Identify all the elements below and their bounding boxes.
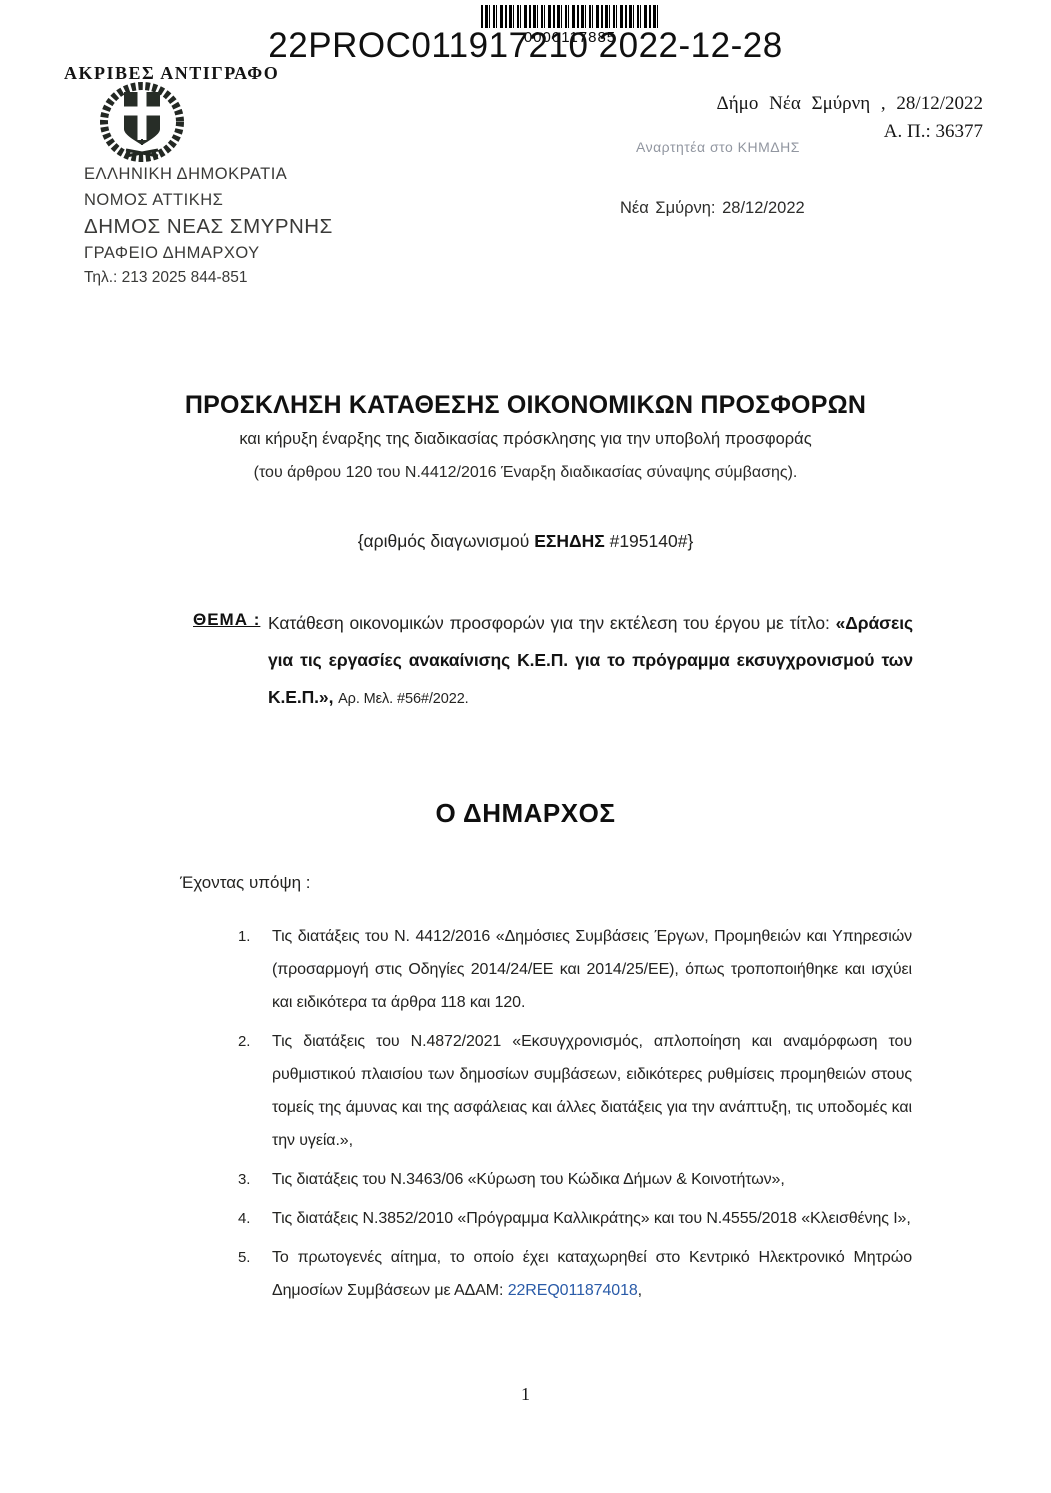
- subject-text: Κατάθεση οικονομικών προσφορών για την ε…: [268, 605, 913, 718]
- kimdis-posting-note: Αναρτητέα στο ΚΗΜΔΗΣ: [636, 139, 800, 155]
- list-item-text: Τις διατάξεις του Ν.4872/2021 «Εκσυγχρον…: [272, 1033, 912, 1149]
- tender-number-line: {αριθμός διαγωνισμού ΕΣΗΔΗΣ #195140#}: [0, 531, 1051, 552]
- mayor-heading: Ο ΔΗΜΑΡΧΟΣ: [0, 798, 1051, 829]
- legal-basis-list: 1. Τις διατάξεις του Ν. 4412/2016 «Δημόσ…: [238, 920, 912, 1313]
- list-item-number: 5.: [238, 1241, 266, 1274]
- having-regard-line: Έχοντας υπόψη :: [180, 873, 310, 893]
- document-page: 0000117885 22PROC011917210 2022-12-28 ΑΚ…: [0, 0, 1051, 1493]
- list-item-suffix: ,: [638, 1282, 642, 1299]
- proc-registry-header: 22PROC011917210 2022-12-28: [0, 26, 1051, 66]
- list-item: 5. Το πρωτογενές αίτημα, το οποίο έχει κ…: [238, 1241, 912, 1307]
- organization-block: ΕΛΛΗΝΙΚΗ ΔΗΜΟΚΡΑΤΙΑ ΝΟΜΟΣ ΑΤΤΙΚΗΣ ΔΗΜΟΣ …: [84, 166, 333, 295]
- document-subtitle-legal: (του άρθρου 120 του Ν.4412/2016 Έναρξη δ…: [0, 464, 1051, 482]
- org-line-phone: Τηλ.: 213 2025 844-851: [84, 270, 333, 286]
- document-subtitle: και κήρυξη έναρξης της διαδικασίας πρόσκ…: [0, 430, 1051, 449]
- place-date-line: Δήμο Νέα Σμύρνη , 28/12/2022: [717, 90, 983, 118]
- city-date-line: Νέα Σμύρνη: 28/12/2022: [620, 199, 805, 218]
- adam-reference-link[interactable]: 22REQ011874018: [508, 1282, 638, 1299]
- list-item: 4. Τις διατάξεις Ν.3852/2010 «Πρόγραμμα …: [238, 1202, 912, 1235]
- list-item-number: 4.: [238, 1202, 266, 1235]
- list-item-number: 2.: [238, 1025, 266, 1058]
- list-item: 2. Τις διατάξεις του Ν.4872/2021 «Εκσυγχ…: [238, 1025, 912, 1157]
- org-line-office: ΓΡΑΦΕΙΟ ΔΗΜΑΡΧΟΥ: [84, 245, 333, 262]
- subject-label: ΘΕΜΑ :: [193, 610, 260, 630]
- tender-system-name: ΕΣΗΔΗΣ: [534, 531, 605, 551]
- barcode: [481, 5, 659, 28]
- list-item-number: 3.: [238, 1163, 266, 1196]
- org-line-municipality: ΔΗΜΟΣ ΝΕΑΣ ΣΜΥΡΝΗΣ: [84, 217, 333, 238]
- list-item-number: 1.: [238, 920, 266, 953]
- subject-intro: Κατάθεση οικονομικών προσφορών για την ε…: [268, 613, 836, 633]
- document-title: ΠΡΟΣΚΛΗΣΗ ΚΑΤΑΘΕΣΗΣ ΟΙΚΟΝΟΜΙΚΩΝ ΠΡΟΣΦΟΡΩ…: [0, 391, 1051, 420]
- page-number: 1: [0, 1384, 1051, 1405]
- list-item: 1. Τις διατάξεις του Ν. 4412/2016 «Δημόσ…: [238, 920, 912, 1019]
- org-line-prefecture: ΝΟΜΟΣ ΑΤΤΙΚΗΣ: [84, 192, 333, 209]
- tender-prefix: {αριθμός διαγωνισμού: [358, 531, 535, 551]
- list-item: 3. Τις διατάξεις του Ν.3463/06 «Κύρωση τ…: [238, 1163, 912, 1196]
- tender-number: #195140#}: [605, 531, 694, 551]
- org-line-republic: ΕΛΛΗΝΙΚΗ ΔΗΜΟΚΡΑΤΙΑ: [84, 166, 333, 183]
- greek-national-emblem-icon: [96, 80, 188, 173]
- date-protocol-block: Δήμο Νέα Σμύρνη , 28/12/2022 Α. Π.: 3637…: [717, 90, 983, 145]
- subject-study-ref: Αρ. Μελ. #56#/2022.: [338, 691, 469, 707]
- list-item-text: Τις διατάξεις του Ν. 4412/2016 «Δημόσιες…: [272, 928, 912, 1011]
- list-item-text: Τις διατάξεις του Ν.3463/06 «Κύρωση του …: [272, 1171, 785, 1188]
- list-item-text: Τις διατάξεις Ν.3852/2010 «Πρόγραμμα Καλ…: [272, 1210, 911, 1227]
